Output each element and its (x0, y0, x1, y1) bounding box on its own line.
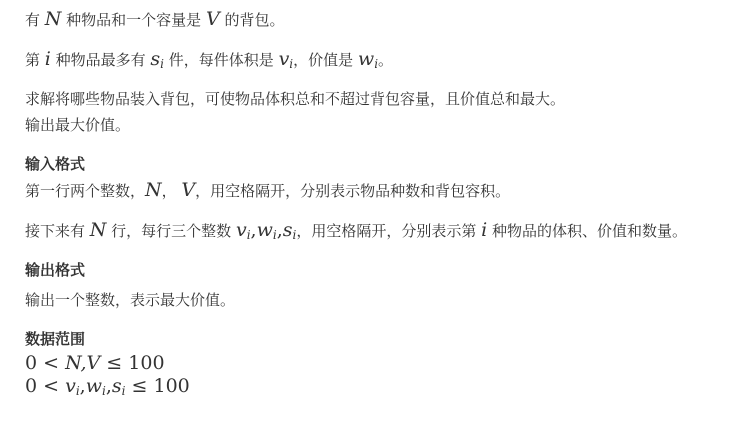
input-format-heading: 输入格式 (25, 151, 743, 177)
text: 的背包。 (220, 11, 285, 29)
text: ≤ 100 (100, 352, 164, 374)
math-v: v (65, 375, 76, 397)
math-w: w (257, 219, 273, 241)
math-v: v (236, 219, 247, 241)
subscript: i (102, 384, 106, 398)
intro-line-3: 求解将哪些物品装入背包，可使物品体积总和不超过背包容量，且价值总和最大。 (25, 86, 743, 112)
subscript: i (76, 384, 80, 398)
math-s: s (150, 48, 160, 70)
math-N: N (45, 8, 62, 30)
data-range-2: 0 < vi,wi,si ≤ 100 (25, 375, 743, 398)
text: ，用空格隔开，分别表示物品种数和背包容积。 (195, 182, 510, 200)
text: ，价值是 (293, 51, 358, 69)
text: ，用空格隔开，分别表示第 (296, 222, 481, 240)
output-format-line-1: 输出一个整数，表示最大价值。 (25, 287, 743, 313)
math-N: N (90, 219, 107, 241)
text: 种物品最多有 (51, 51, 151, 69)
math-v: v (279, 48, 290, 70)
text: 第一行两个整数， (25, 182, 145, 200)
text: 行，每行三个整数 (106, 222, 236, 240)
text: 有 (25, 11, 45, 29)
output-format-heading: 输出格式 (25, 257, 743, 283)
math-w: w (358, 48, 374, 70)
text: 种物品和一个容量是 (61, 11, 206, 29)
math-w: w (86, 375, 102, 397)
data-range-heading: 数据范围 (25, 326, 743, 352)
text: 接下来有 (25, 222, 90, 240)
math-N: N (145, 179, 162, 201)
intro-line-1: 有 N 种物品和一个容量是 V 的背包。 (25, 6, 743, 33)
data-range-1: 0 < N,V ≤ 100 (25, 352, 743, 375)
math-s: s (283, 219, 293, 241)
problem-statement: 有 N 种物品和一个容量是 V 的背包。 第 i 种物品最多有 si 件，每件体… (0, 0, 743, 398)
math-s: s (112, 375, 122, 397)
text: ， (162, 182, 182, 200)
text: ≤ 100 (125, 375, 189, 397)
math-N-V: N,V (65, 352, 100, 374)
text: 0 < (25, 375, 65, 397)
math-V: V (181, 179, 195, 201)
text: 件，每件体积是 (164, 51, 279, 69)
intro-line-4: 输出最大价值。 (25, 112, 743, 138)
text: 0 < (25, 352, 65, 374)
text: 。 (378, 51, 393, 69)
text: 第 (25, 51, 45, 69)
text: 种物品的体积、价值和数量。 (487, 222, 687, 240)
input-format-line-1: 第一行两个整数，N， V，用空格隔开，分别表示物品种数和背包容积。 (25, 177, 743, 204)
input-format-line-2: 接下来有 N 行，每行三个整数 vi,wi,si，用空格隔开，分别表示第 i 种… (25, 217, 743, 244)
math-V: V (206, 8, 220, 30)
intro-line-2: 第 i 种物品最多有 si 件，每件体积是 vi，价值是 wi。 (25, 46, 743, 73)
